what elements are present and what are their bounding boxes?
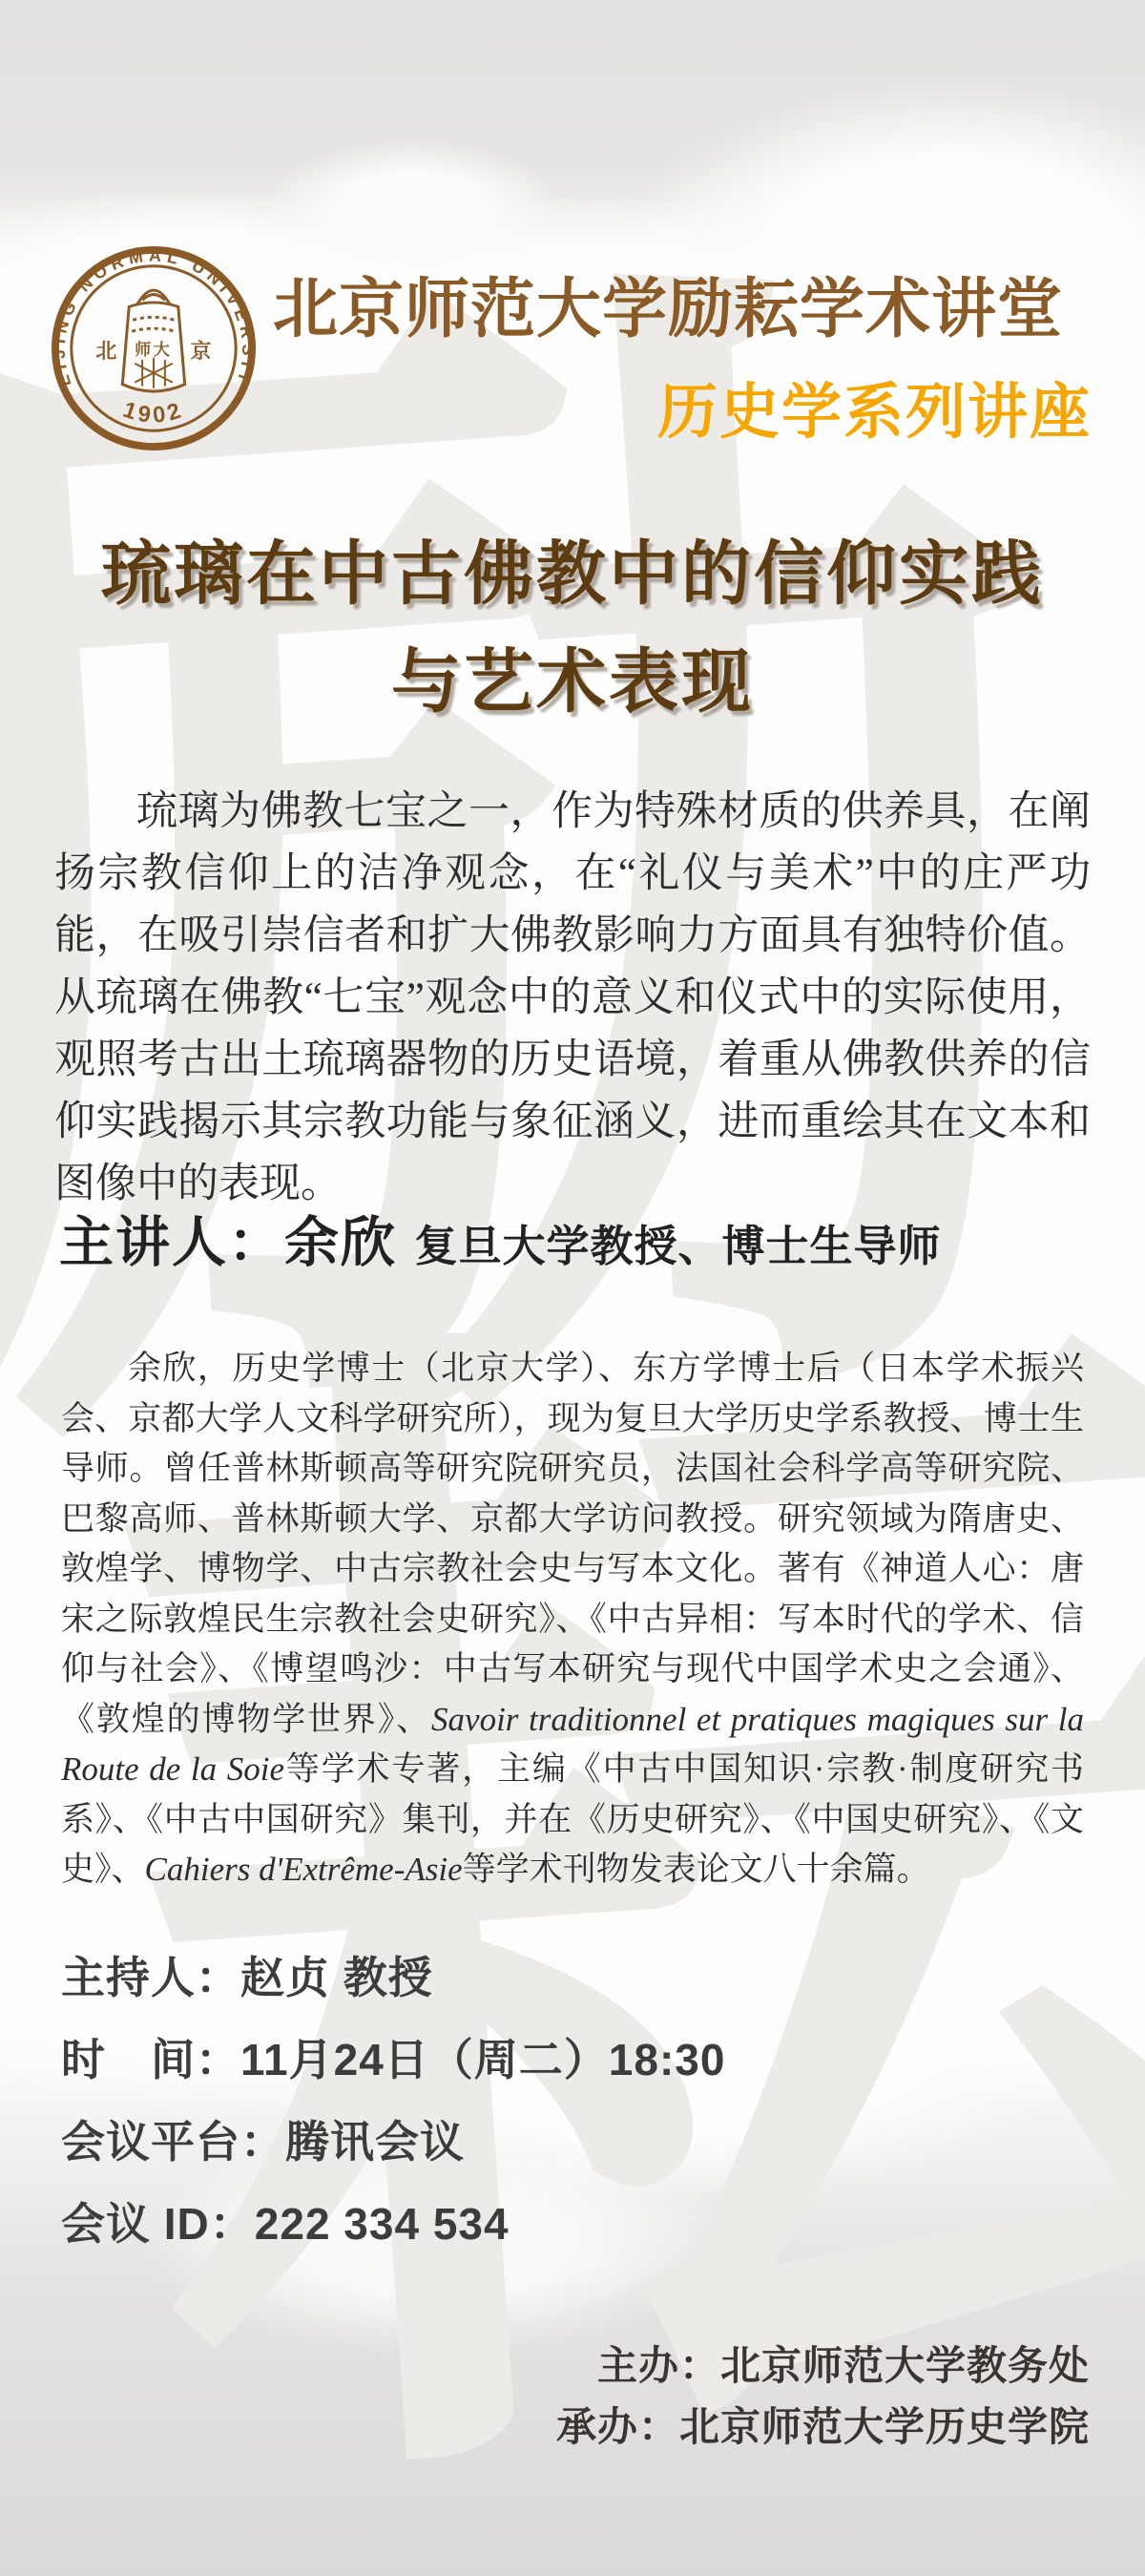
co-organizer-line: 承办：北京师范大学历史学院 [556,2405,1090,2449]
bnu-seal-logo-icon: BEIJING NORMAL UNIVERSITY 1902 师大 北 京 [50,244,258,452]
speaker-bio: 余欣，历史学博士（北京大学）、东方学博士后（日本学术振兴会、京都大学人文科学研究… [61,1344,1084,1895]
organizers: 主办：北京师范大学教务处 承办：北京师范大学历史学院 [556,2344,1090,2466]
speaker-label: 主讲人： [59,1212,284,1273]
lecture-abstract: 琉璃为佛教七宝之一，作为特殊材质的供养具，在阐扬宗教信仰上的洁净观念，在“礼仪与… [54,781,1091,1215]
logo-year-text: 1902 [120,397,188,429]
lecture-title-line1: 琉璃在中古佛教中的信仰实践 [0,520,1145,628]
speaker-affiliation: 复旦大学教授、博士生导师 [414,1222,941,1270]
lecture-title: 琉璃在中古佛教中的信仰实践 与艺术表现 [0,520,1145,736]
logo-left-char: 北 [96,339,117,363]
bio-text-segment: 等学术刊物发表论文八十余篇。 [463,1851,930,1888]
logo-right-char: 京 [191,339,212,363]
series-title: 北京师范大学励耘学术讲堂 [273,258,1092,350]
lecture-title-line2: 与艺术表现 [0,628,1145,736]
organizer-line: 主办：北京师范大学教务处 [556,2344,1090,2388]
meeting-id-line: 会议 ID：222 334 534 [61,2199,725,2249]
speaker-line: 主讲人：余欣 复旦大学教授、博士生导师 [59,1199,941,1277]
header: BEIJING NORMAL UNIVERSITY 1902 师大 北 京 北京… [50,244,1092,452]
platform-line: 会议平台：腾讯会议 [61,2117,725,2167]
header-text: 北京师范大学励耘学术讲堂 历史学系列讲座 [273,244,1092,452]
bio-italic-journal-title: Cahiers d'Extrême-Asie [145,1851,463,1888]
svg-text:1902: 1902 [120,397,188,429]
time-line: 时 间：11月24日（周二）18:30 [61,2035,725,2084]
logo-center-chars: 师大 [135,340,173,359]
series-subtitle: 历史学系列讲座 [273,364,1092,450]
speaker-name: 余欣 [284,1212,397,1273]
event-details: 主持人：赵贞 教授 时 间：11月24日（周二）18:30 会议平台：腾讯会议 … [61,1953,725,2281]
host-line: 主持人：赵贞 教授 [61,1953,725,2002]
lecture-poster: 励 耘 BEIJING NORMAL UNIVERSITY 1902 [0,0,1145,2576]
bio-text-segment: 余欣，历史学博士（北京大学）、东方学博士后（日本学术振兴会、京都大学人文科学研究… [61,1350,1084,1738]
